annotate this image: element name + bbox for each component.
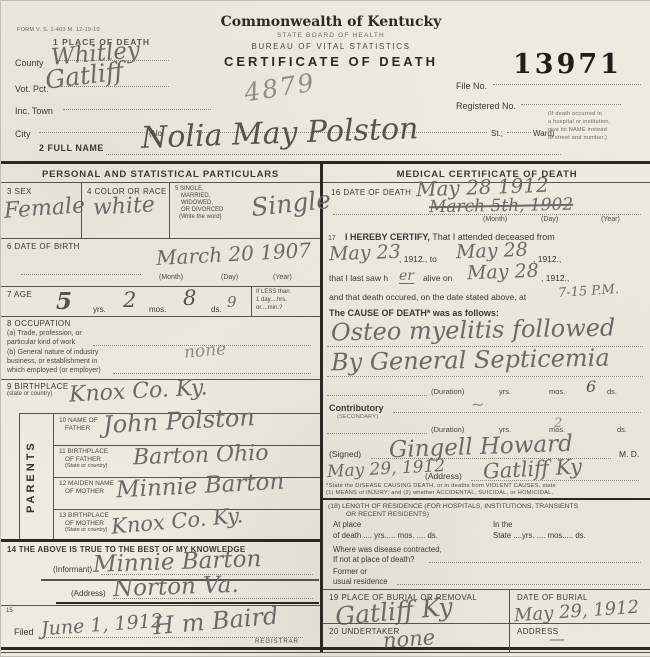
vot-pct-handwritten: Gatliff — [44, 58, 125, 92]
registered-no-label: Registered No. — [456, 101, 516, 111]
contributory-mark-handwritten: ~ — [471, 397, 484, 413]
last-saw-year: , 1912., — [541, 273, 569, 283]
rule — [251, 286, 252, 316]
dotted-line — [397, 583, 641, 585]
secondary-label: (SECONDARY) — [337, 414, 378, 421]
rule — [323, 623, 650, 624]
last-saw-date-handwritten: May 28 — [467, 262, 539, 283]
dotted-line — [507, 131, 531, 133]
rule — [1, 286, 320, 287]
cause-line2-handwritten: By General Septicemia — [331, 346, 610, 375]
contracted-line2: If not at place of death? — [333, 555, 415, 564]
hospital-note-line4: of street and number.) — [548, 135, 607, 142]
filed-item-number: 15 — [6, 608, 13, 616]
county-label: County — [15, 58, 44, 68]
occupation-b-line2: business, or establishment in — [7, 357, 97, 366]
signed-address-label: (Address) — [425, 471, 462, 481]
rule — [1, 539, 320, 542]
dotted-line — [113, 372, 311, 374]
cause-duration-days-handwritten: 6 — [586, 379, 596, 395]
death-certificate-scan: FORM V. S. 1-403 M. 12-19-10 1 PLACE OF … — [0, 0, 650, 657]
certificate-number-handwritten: 4879 — [242, 70, 317, 106]
date-of-burial-handwritten: May 29, 1912 — [514, 599, 640, 626]
dotted-line — [429, 561, 641, 563]
birthplace-label: 9 BIRTHPLACE — [7, 382, 69, 391]
cause-duration-mos: mos. — [549, 387, 565, 397]
death-occurred-text: and that death occured, on the date stat… — [329, 292, 526, 302]
rule — [19, 413, 20, 541]
father-name-label-2: FATHER — [65, 425, 90, 433]
personal-section-title: PERSONAL AND STATISTICAL PARTICULARS — [1, 169, 320, 180]
signed-label: (Signed) — [329, 449, 361, 459]
dob-label: 6 DATE OF BIRTH — [7, 242, 80, 251]
rule — [323, 589, 650, 590]
former-line2: usual residence — [333, 577, 388, 586]
father-name-handwritten: John Polston — [102, 405, 255, 437]
certify-item-number: 17 — [328, 234, 336, 243]
dotted-line — [39, 131, 145, 133]
hospital-note-line3: give its NAME instead — [548, 127, 607, 134]
mother-name-handwritten: Minnie Barton — [116, 471, 285, 503]
last-saw-her-handwritten: er — [399, 269, 414, 284]
filed-label: Filed — [14, 627, 34, 637]
dob-handwritten: March 20 1907 — [156, 240, 312, 268]
occupation-label: 8 OCCUPATION — [7, 319, 71, 328]
contrib-duration-ds: ds. — [617, 425, 627, 435]
age-years-handwritten: 5 — [56, 290, 72, 313]
city-st-label: St.; — [491, 129, 503, 138]
rule — [169, 182, 170, 238]
dotted-line — [327, 432, 427, 434]
dob-month-label: (Month) — [159, 273, 183, 282]
rule — [1, 238, 320, 239]
occupation-handwritten: none — [183, 341, 227, 362]
bureau-subtitle: BUREAU OF VITAL STATISTICS — [196, 42, 466, 51]
dotted-line — [493, 83, 641, 85]
undertaker-handwritten: none — [382, 627, 435, 652]
age-hrs-mark-handwritten: 9 — [227, 295, 237, 310]
sex-label: 3 SEX — [7, 187, 32, 196]
age-months-handwritten: 2 — [123, 290, 136, 311]
cause-line1-handwritten: Osteo myelitis followed — [331, 316, 616, 345]
contrib-duration-label: (Duration) — [431, 425, 464, 435]
registrar-signature-handwritten: H m Baird — [152, 604, 279, 639]
parents-vertical-label: PARENTS — [25, 441, 37, 513]
dotted-line — [521, 103, 621, 105]
sex-handwritten: Female — [3, 195, 85, 223]
dod-day-label: (Day) — [541, 215, 558, 224]
header-rule — [1, 161, 650, 164]
age-days-handwritten: 8 — [183, 288, 196, 309]
signed-address-handwritten: Gatliff Ky — [483, 456, 583, 482]
cause-footnote-line2: (1) MEANS of INJURY; and (2) whether ACC… — [326, 490, 553, 497]
rule — [509, 589, 510, 653]
last-saw-mid: alive on — [423, 273, 452, 283]
age-yrs-label: yrs. — [93, 305, 106, 314]
occupation-b-line1: (b) General nature of industry — [7, 348, 98, 357]
at-place-line1: At place — [333, 520, 361, 529]
hospital-note-line1: (If death occurred in — [548, 111, 602, 118]
occupation-b-line3: which employed (or employer) — [7, 366, 101, 375]
last-saw-pre: that I last saw h — [329, 273, 388, 283]
dotted-line — [393, 411, 641, 413]
color-race-handwritten: white — [92, 194, 155, 219]
in-the-line1: In the — [493, 520, 513, 529]
inc-town-label: Inc. Town — [15, 106, 53, 116]
mother-birthplace-handwritten: Knox Co. Ky. — [110, 505, 243, 537]
mother-birthplace-label-3: (State or country) — [65, 527, 108, 534]
attended-from-year: , 1912., to — [399, 254, 437, 264]
former-line1: Former or — [333, 567, 367, 576]
undertaker-address-handwritten: — — [549, 631, 565, 647]
attended-to-date-handwritten: May 28 — [456, 241, 528, 262]
rule — [1, 316, 320, 317]
dotted-line — [21, 273, 141, 275]
if-less-label-3: or....min.? — [256, 305, 282, 313]
file-no-label: File No. — [456, 81, 487, 91]
age-label: 7 AGE — [7, 290, 32, 299]
informant-label: (Informant) — [53, 565, 92, 574]
death-time-handwritten: 7-15 P.M. — [558, 283, 620, 300]
file-number-stamp: 13971 — [513, 49, 622, 80]
contributory-label: Contributory — [329, 403, 384, 413]
certificate-title: CERTIFICATE OF DEATH — [196, 54, 466, 69]
dotted-line — [327, 394, 427, 396]
dob-day-label: (Day) — [221, 273, 238, 282]
attended-from-date-handwritten: May 23 — [329, 243, 401, 264]
dod-month-label: (Month) — [483, 215, 507, 224]
if-less-label-1: If LESS than — [256, 289, 290, 297]
cause-duration-ds: ds. — [607, 387, 617, 397]
rule — [323, 498, 650, 500]
occupation-a-line2: particular kind of work — [7, 338, 75, 347]
dod-year-label: (Year) — [601, 215, 620, 224]
informant-address-handwritten: Norton Va. — [113, 574, 239, 601]
age-ds-label: ds. — [211, 305, 222, 314]
cause-duration-label: (Duration) — [431, 387, 464, 397]
birthplace-sub-label: (state or country) — [7, 391, 52, 399]
registrar-label: REGISTRAR — [255, 639, 299, 647]
birthplace-handwritten: Knox Co. Ky. — [69, 377, 208, 406]
residence-heading-line2: OR RECENT RESIDENTS) — [346, 511, 429, 520]
vot-pct-label: Vot. Pct. — [15, 84, 49, 94]
commonwealth-title: Commonwealth of Kentucky — [196, 14, 466, 30]
full-name-handwritten: Nolia May Polston — [141, 114, 419, 154]
dob-year-label: (Year) — [273, 273, 292, 282]
mother-name-label-2: OF MOTHER — [65, 488, 104, 496]
dotted-line — [63, 108, 211, 110]
if-less-label-2: 1 day....hrs. — [256, 297, 287, 305]
in-the-line2: State ....yrs. .... mos..... ds. — [493, 531, 586, 540]
rule — [1, 182, 320, 183]
contracted-line1: Where was disease contracted, — [333, 545, 442, 554]
father-birthplace-label-3: (State or country) — [65, 463, 108, 470]
md-label: M. D. — [619, 449, 639, 459]
form-number: FORM V. S. 1-403 M. 12-19-10 — [17, 27, 100, 34]
cause-duration-yrs: yrs. — [499, 387, 511, 397]
informant-address-label: (Address) — [71, 589, 106, 598]
age-mos-label: mos. — [149, 305, 166, 314]
at-place-line2: of death .... yrs..... mos. .... ds. — [333, 531, 438, 540]
rule — [56, 602, 319, 604]
city-label: City — [15, 129, 31, 139]
dotted-line — [39, 636, 303, 638]
hospital-note-line2: a hospital or institution, — [548, 119, 610, 126]
marital-label-5: (Write the word) — [179, 214, 222, 222]
state-board-subtitle: STATE BOARD OF HEALTH — [196, 32, 466, 39]
occupation-a-line1: (a) Trade, profession, or — [7, 329, 82, 338]
full-name-label: 2 FULL NAME — [39, 143, 104, 153]
column-divider — [320, 161, 323, 653]
father-birthplace-handwritten: Barton Ohio — [133, 443, 269, 470]
bottom-rule-2 — [1, 652, 650, 653]
date-of-death-label: 16 DATE OF DEATH — [331, 188, 411, 197]
